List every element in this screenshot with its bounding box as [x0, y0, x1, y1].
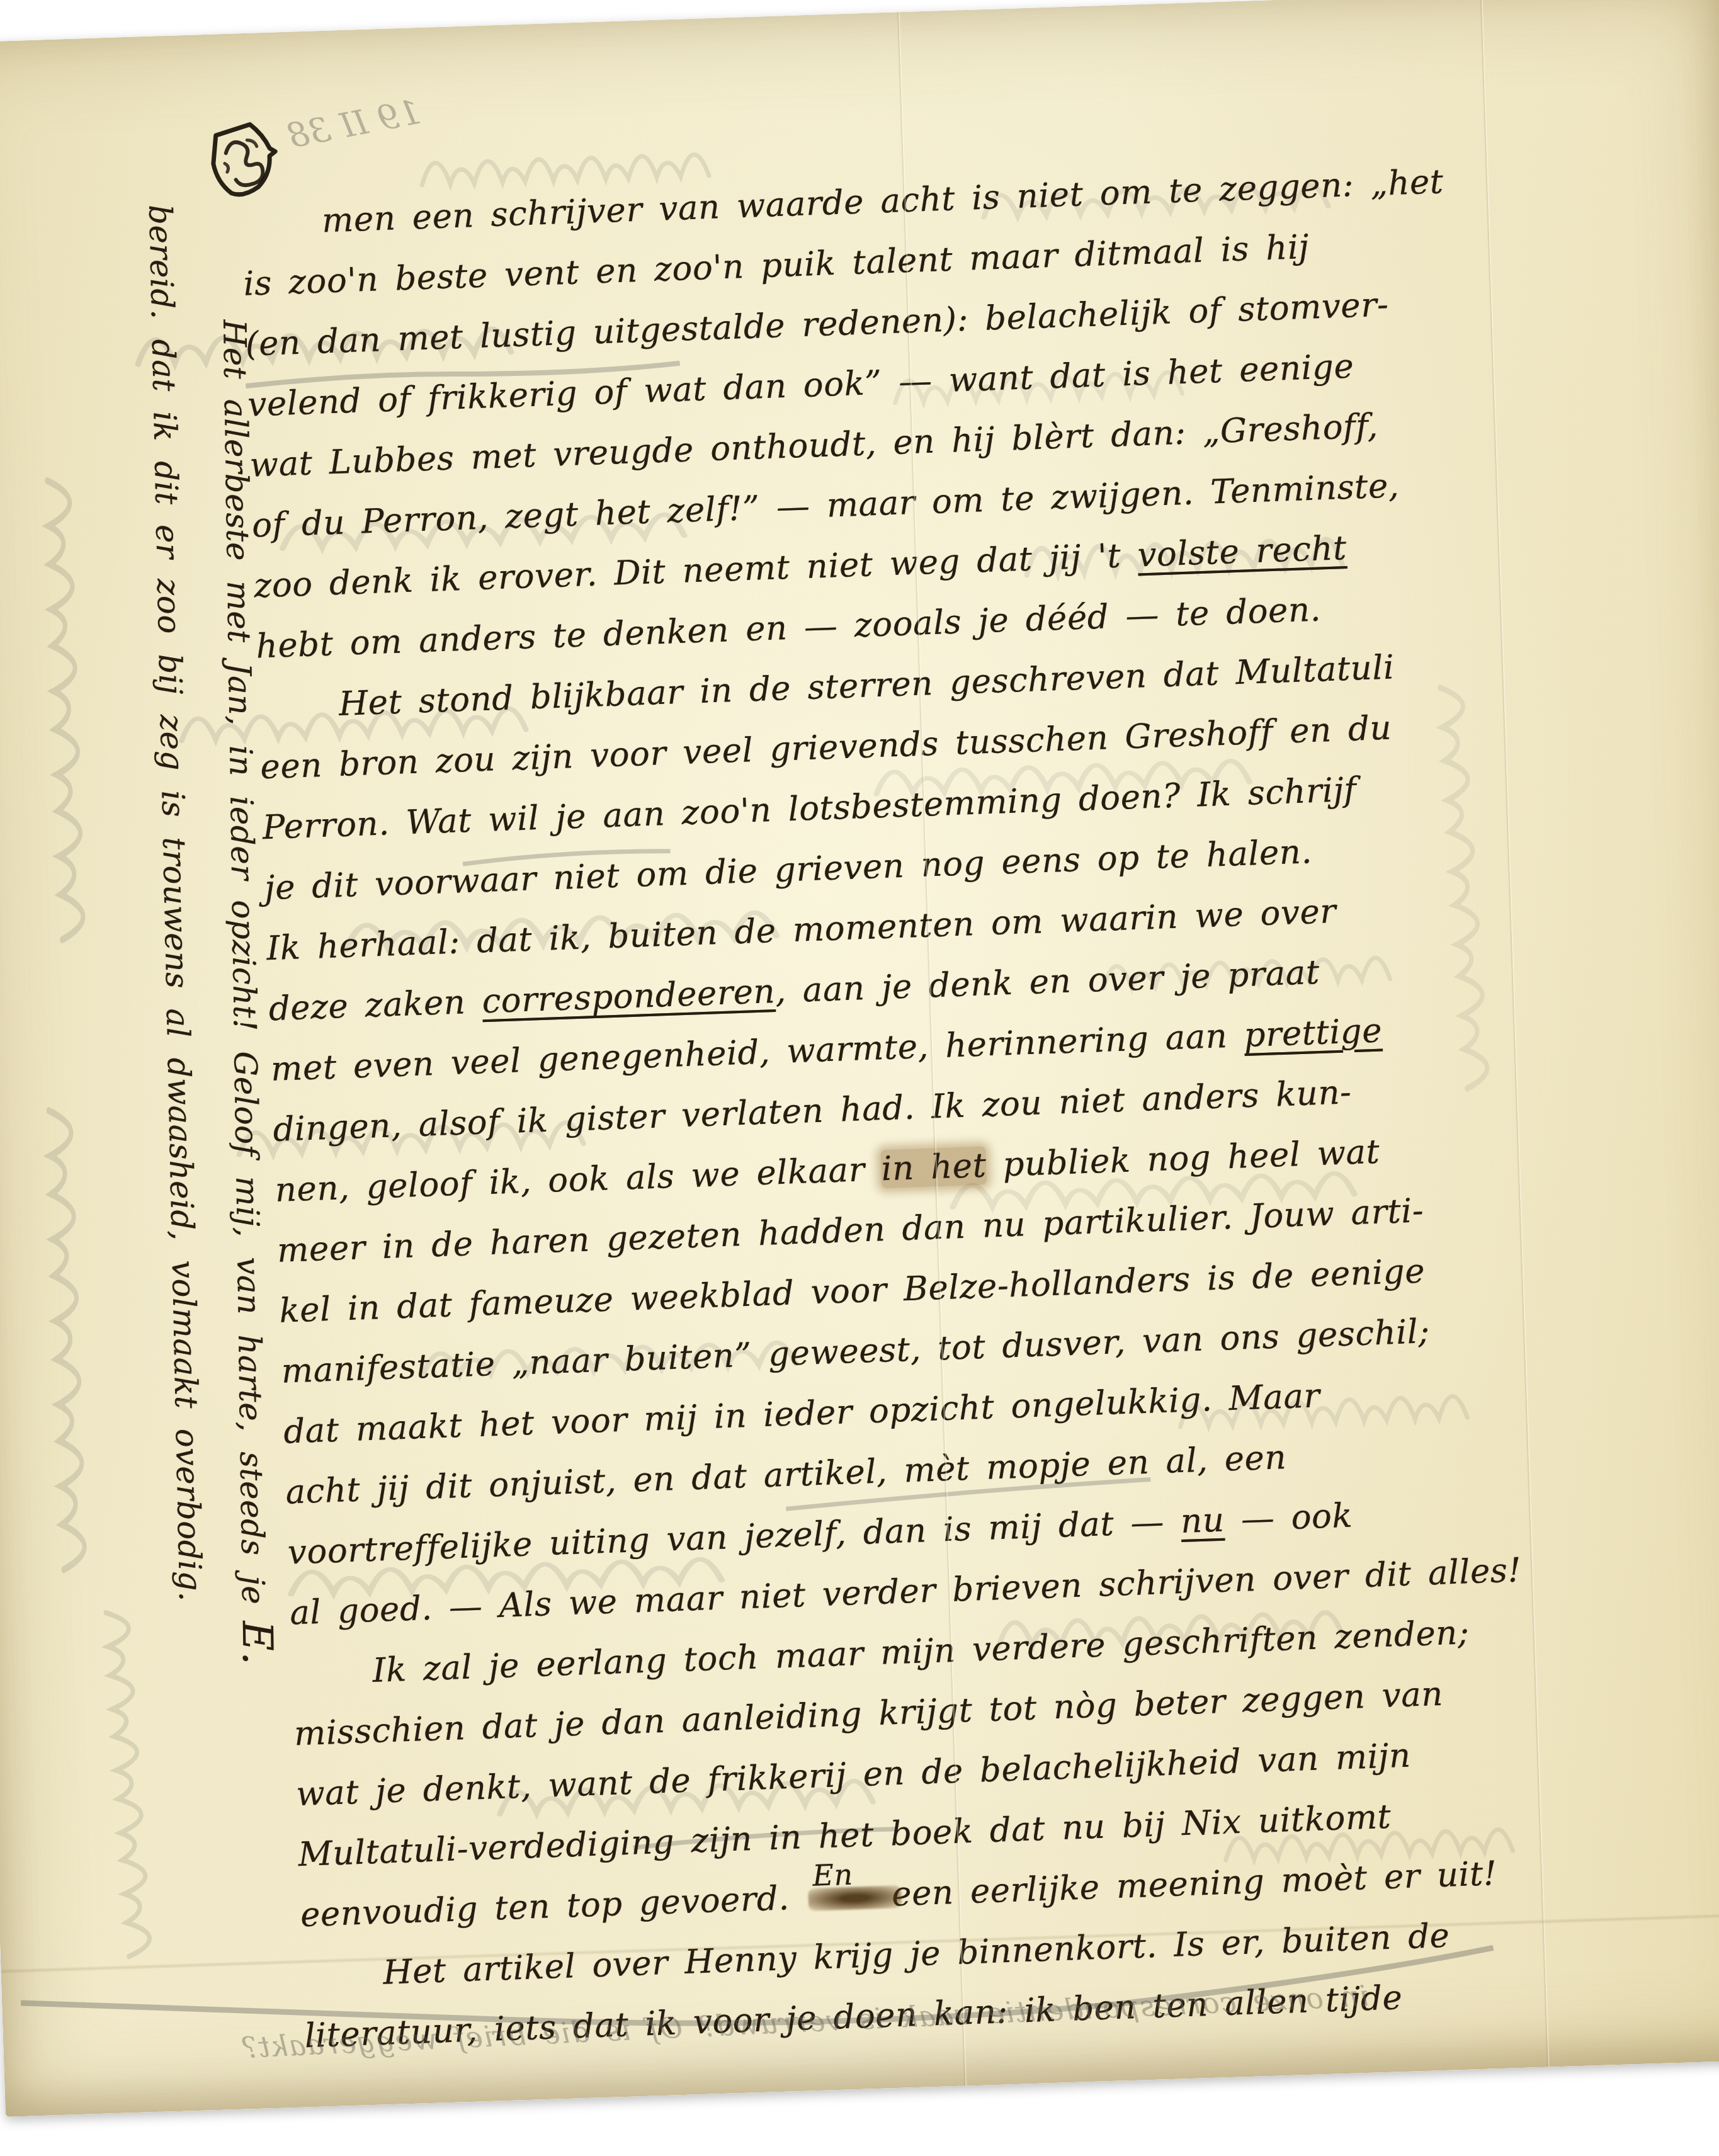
margin-closing-text: Het allerbeste met Jan, in ieder opzicht…: [216, 319, 271, 1604]
scan-canvas: 19 II 38 men een schrijver van waarde ac…: [0, 0, 1719, 2156]
letter-page: 19 II 38 men een schrijver van waarde ac…: [0, 0, 1719, 2117]
signature: E.: [232, 1604, 281, 1665]
bleed-date: 19 II 38: [284, 92, 424, 156]
inserted-correction: En: [812, 1858, 854, 1893]
letter-body: men een schrijver van waarde acht is nie…: [241, 148, 1615, 2067]
